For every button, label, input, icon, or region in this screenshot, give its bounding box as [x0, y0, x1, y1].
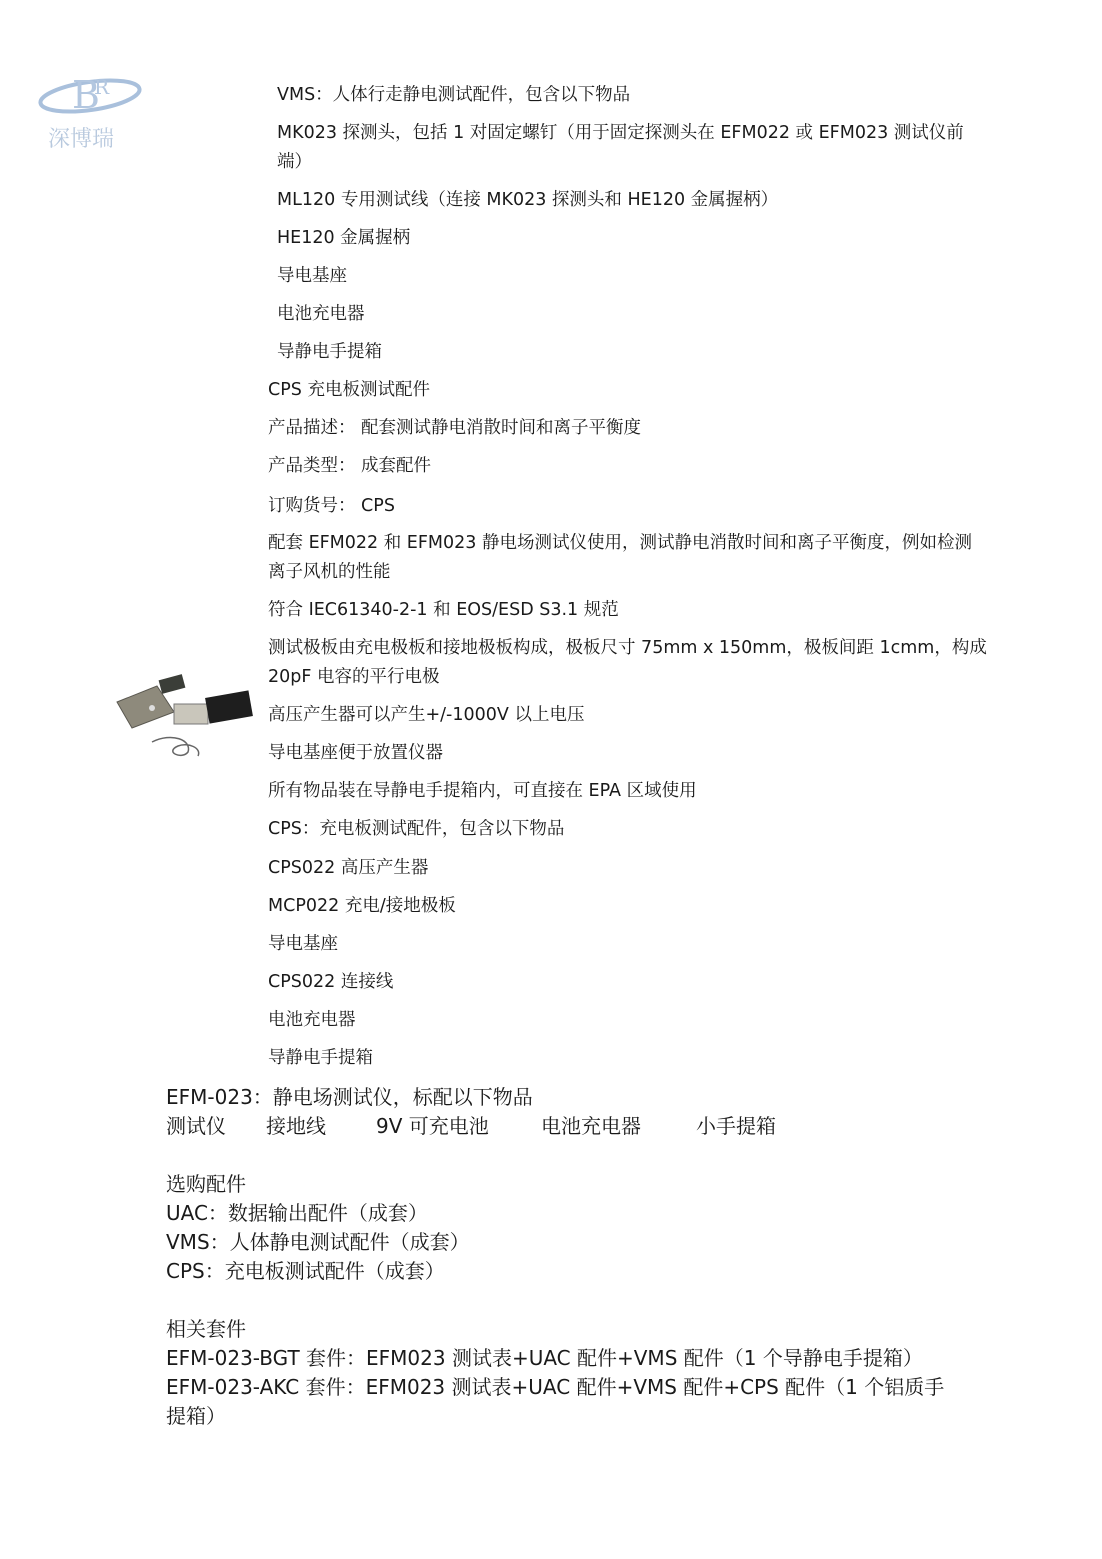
cps-content-item: 电池充电器 [268, 1008, 356, 1032]
cps-product-photo [112, 672, 257, 762]
kits-title: 相关套件 [166, 1315, 246, 1344]
cps-content-item: 导电基座 [268, 932, 338, 956]
cps-content-item: CPS022 高压产生器 [268, 856, 428, 880]
cps-type: 产品类型： 成套配件 [268, 454, 431, 478]
efm023-item: 小手提箱 [696, 1112, 776, 1141]
cps-feature: 导电基座便于放置仪器 [268, 741, 443, 765]
kit-item: EFM-023-AKC 套件：EFM023 测试表+UAC 配件+VMS 配件+… [166, 1373, 946, 1431]
efm023-items: 测试仪接地线9V 可充电池电池充电器小手提箱 [166, 1112, 776, 1141]
vms-item: HE120 金属握柄 [277, 226, 410, 250]
efm023-item: 测试仪 [166, 1112, 266, 1141]
cps-feature: 配套 EFM022 和 EFM023 静电场测试仪使用，测试静电消散时间和离子平… [268, 529, 988, 587]
svg-text:深博瑞: 深博瑞 [48, 127, 114, 152]
cps-title: CPS 充电板测试配件 [268, 378, 430, 402]
cps-feature: 测试极板由充电极板和接地极板构成，极板尺寸 75mm x 150mm，极板间距 … [268, 634, 988, 692]
cps-content-item: MCP022 充电/接地极板 [268, 894, 456, 918]
cps-feature: 所有物品装在导静电手提箱内，可直接在 EPA 区域使用 [268, 779, 697, 803]
svg-text:R: R [94, 75, 110, 99]
optional-item: VMS：人体静电测试配件（成套） [166, 1228, 470, 1257]
cps-description: 产品描述： 配套测试静电消散时间和离子平衡度 [268, 416, 641, 440]
cps-order-no: 订购货号： CPS [268, 494, 395, 518]
optional-item: UAC：数据输出配件（成套） [166, 1199, 428, 1228]
company-logo: B R 深博瑞 [38, 66, 148, 156]
vms-item: 导静电手提箱 [277, 340, 382, 364]
vms-item: 导电基座 [277, 264, 347, 288]
efm023-item: 接地线 [266, 1112, 376, 1141]
cps-feature: 符合 IEC61340-2-1 和 EOS/ESD S3.1 规范 [268, 598, 619, 622]
vms-item: 电池充电器 [277, 302, 365, 326]
optional-item: CPS：充电板测试配件（成套） [166, 1257, 445, 1286]
efm023-item: 9V 可充电池 [376, 1112, 541, 1141]
optional-title: 选购配件 [166, 1170, 246, 1199]
vms-title: VMS：人体行走静电测试配件，包含以下物品 [277, 83, 630, 107]
kit-item: EFM-023-BGT 套件：EFM023 测试表+UAC 配件+VMS 配件（… [166, 1344, 923, 1373]
cps-contents-title: CPS：充电板测试配件，包含以下物品 [268, 817, 564, 841]
vms-item: MK023 探测头，包括 1 对固定螺钉（用于固定探测头在 EFM022 或 E… [277, 119, 977, 177]
cps-content-item: 导静电手提箱 [268, 1046, 373, 1070]
efm023-item: 电池充电器 [541, 1112, 696, 1141]
efm023-title: EFM-023：静电场测试仪，标配以下物品 [166, 1083, 533, 1112]
vms-item: ML120 专用测试线（连接 MK023 探测头和 HE120 金属握柄） [277, 188, 778, 212]
cps-content-item: CPS022 连接线 [268, 970, 393, 994]
cps-feature: 高压产生器可以产生+/-1000V 以上电压 [268, 703, 584, 727]
